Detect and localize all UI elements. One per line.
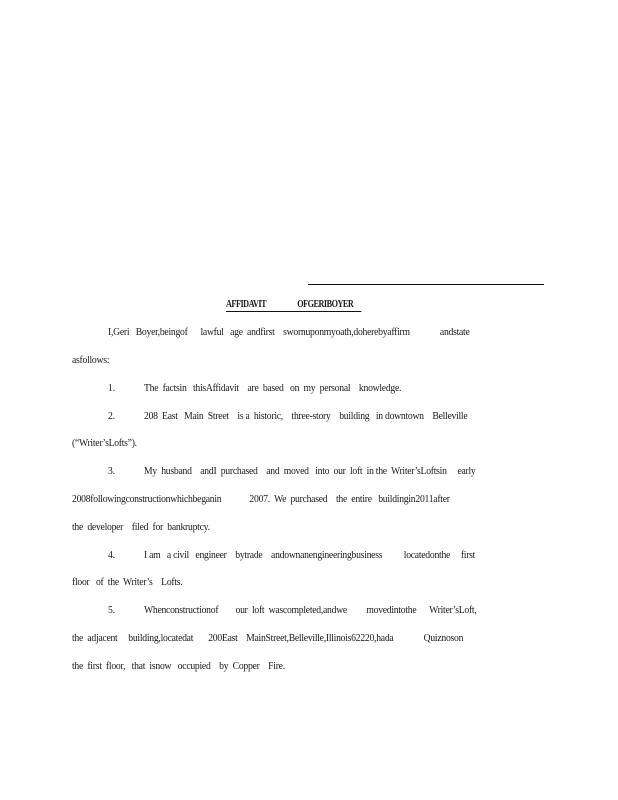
paragraph-2-line-1: 208 East Main Street is a historic, thre… (144, 410, 467, 423)
paragraph-3-line-2: 2008followingconstructionwhichbeganin 20… (72, 493, 450, 506)
paragraph-5-line-3: the first floor, that isnow occupied by … (72, 660, 285, 673)
document-title: AFFIDAVITOFGERIBOYER (226, 299, 361, 312)
paragraph-1-line-1: The factsin thisAffidavit are based on m… (144, 382, 401, 395)
paragraph-5-line-2: the adjacent building,locatedat 200East … (72, 632, 463, 645)
paragraph-number-2: 2. (108, 410, 115, 423)
paragraph-number-5: 5. (108, 604, 115, 617)
paragraph-3-line-3: the developer filed for bankruptcy. (72, 521, 210, 534)
intro-line-2: asfollows: (72, 354, 109, 367)
intro-line-1: I,Geri Boyer,beingof lawful age andfirst… (108, 326, 470, 339)
title-name: OFGERIBOYER (297, 299, 353, 310)
paragraph-4-line-1: I am a civil engineer bytrade andownanen… (144, 549, 475, 562)
paragraph-number-3: 3. (108, 465, 115, 478)
paragraph-4-line-2: floor of the Writer’s Lofts. (72, 576, 182, 589)
document-page: AFFIDAVITOFGERIBOYER I,Geri Boyer,beingo… (0, 0, 618, 800)
paragraph-3-line-1: My husband andI purchased and moved into… (144, 465, 475, 478)
title-affidavit: AFFIDAVIT (226, 299, 266, 310)
signature-rule (308, 284, 544, 285)
paragraph-number-4: 4. (108, 549, 115, 562)
paragraph-2-line-2: (“Writer’sLofts”). (72, 437, 137, 450)
paragraph-5-line-1: Whenconstructionof our loft wascompleted… (144, 604, 477, 617)
paragraph-number-1: 1. (108, 382, 115, 395)
